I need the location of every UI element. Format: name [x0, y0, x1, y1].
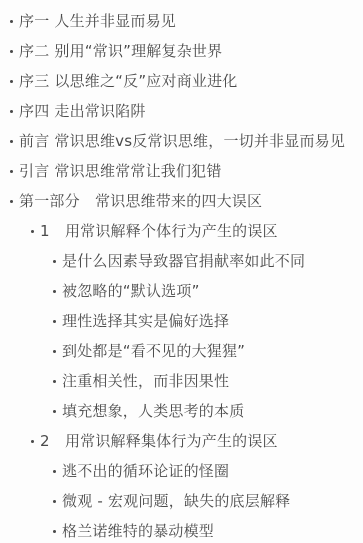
toc-item-label: 序一 人生并非显而易见 — [19, 14, 176, 29]
bullet-icon — [53, 500, 56, 503]
toc-item[interactable]: 格兰诺维特的暴动模型 — [0, 516, 363, 543]
toc-item[interactable]: 微观 - 宏观问题，缺失的底层解释 — [0, 486, 363, 516]
bullet-icon — [53, 410, 56, 413]
toc-item-label: 序三 以思维之“反”应对商业进化 — [19, 74, 238, 89]
bullet-icon — [10, 80, 13, 83]
toc-item[interactable]: 1 用常识解释个体行为产生的误区 — [0, 216, 363, 246]
toc-item[interactable]: 到处都是“看不见的大猩猩” — [0, 336, 363, 366]
bullet-icon — [10, 110, 13, 113]
toc-item[interactable]: 第一部分 常识思维带来的四大误区 — [0, 186, 363, 216]
toc-list: 序一 人生并非显而易见序二 别用“常识”理解复杂世界序三 以思维之“反”应对商业… — [0, 0, 363, 543]
toc-item[interactable]: 前言 常识思维vs反常识思维，一切并非显而易见 — [0, 126, 363, 156]
toc-item-label: 前言 常识思维vs反常识思维，一切并非显而易见 — [19, 134, 345, 149]
toc-item[interactable]: 序二 别用“常识”理解复杂世界 — [0, 36, 363, 66]
bullet-icon — [10, 50, 13, 53]
toc-item-label: 理性选择其实是偏好选择 — [62, 314, 229, 329]
toc-item[interactable]: 填充想象，人类思考的本质 — [0, 396, 363, 426]
toc-item[interactable]: 序四 走出常识陷阱 — [0, 96, 363, 126]
bullet-icon — [31, 230, 34, 233]
bullet-icon — [10, 140, 13, 143]
toc-item[interactable]: 被忽略的“默认选项” — [0, 276, 363, 306]
toc-item-label: 到处都是“看不见的大猩猩” — [62, 344, 245, 359]
page: { "colors": { "background": "#fdfdfd", "… — [0, 0, 363, 543]
toc-item-label: 是什么因素导致器官捐献率如此不同 — [62, 254, 305, 269]
toc-item[interactable]: 序一 人生并非显而易见 — [0, 6, 363, 36]
toc-item-label: 逃不出的循环论证的怪圈 — [62, 464, 229, 479]
toc-item[interactable]: 理性选择其实是偏好选择 — [0, 306, 363, 336]
bullet-icon — [10, 200, 13, 203]
bullet-icon — [53, 380, 56, 383]
toc-item-label: 序四 走出常识陷阱 — [19, 104, 146, 119]
bullet-icon — [10, 20, 13, 23]
bullet-icon — [10, 170, 13, 173]
toc-item[interactable]: 序三 以思维之“反”应对商业进化 — [0, 66, 363, 96]
toc-item[interactable]: 注重相关性，而非因果性 — [0, 366, 363, 396]
toc-item-label: 序二 别用“常识”理解复杂世界 — [19, 44, 222, 59]
bullet-icon — [53, 260, 56, 263]
bullet-icon — [53, 320, 56, 323]
toc-item-label: 第一部分 常识思维带来的四大误区 — [19, 194, 262, 209]
toc-item-label: 2 用常识解释集体行为产生的误区 — [40, 434, 278, 449]
toc-item-label: 1 用常识解释个体行为产生的误区 — [40, 224, 278, 239]
toc-item-label: 微观 - 宏观问题，缺失的底层解释 — [62, 494, 290, 509]
bullet-icon — [53, 470, 56, 473]
toc-item-label: 注重相关性，而非因果性 — [62, 374, 229, 389]
bullet-icon — [53, 530, 56, 533]
bullet-icon — [31, 440, 34, 443]
toc-item-label: 填充想象，人类思考的本质 — [62, 404, 244, 419]
toc-item-label: 引言 常识思维常常让我们犯错 — [19, 164, 222, 179]
toc-item[interactable]: 逃不出的循环论证的怪圈 — [0, 456, 363, 486]
bullet-icon — [53, 350, 56, 353]
toc-item[interactable]: 2 用常识解释集体行为产生的误区 — [0, 426, 363, 456]
toc-item[interactable]: 引言 常识思维常常让我们犯错 — [0, 156, 363, 186]
toc-item-label: 格兰诺维特的暴动模型 — [62, 524, 214, 539]
toc-item-label: 被忽略的“默认选项” — [62, 284, 200, 299]
bullet-icon — [53, 290, 56, 293]
toc-item[interactable]: 是什么因素导致器官捐献率如此不同 — [0, 246, 363, 276]
